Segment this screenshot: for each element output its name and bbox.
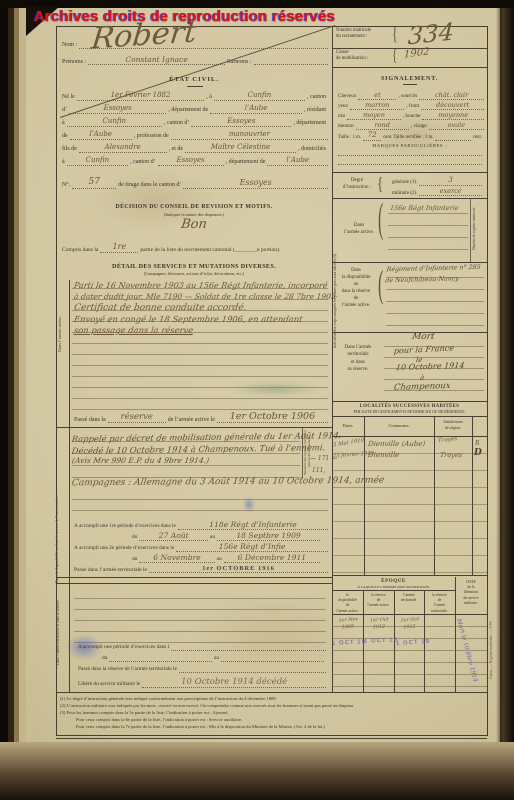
sig-hand: découvert: [421, 102, 484, 110]
blank-line: [338, 164, 482, 165]
section-line: [56, 427, 332, 428]
ec-print: , profession de: [132, 133, 171, 140]
compris-post: partie de la liste du recrutement canton…: [138, 247, 282, 253]
table-line: [332, 575, 487, 576]
decision-title: DÉCISION DU CONSEIL DE REVISION ET MOTIF…: [56, 204, 332, 210]
top-shadow: [0, 0, 514, 8]
name-label: Nom :: [60, 42, 79, 49]
ec-hand: Essoyes: [69, 105, 166, 114]
sig-print: yeux: [336, 104, 350, 110]
reserve-hand: réserve: [108, 413, 166, 423]
decision-value: Bon: [55, 217, 333, 232]
territoriale-row: Passé dans l’armée territoriale le 1er O…: [72, 565, 328, 573]
signalement-row: nez moyen , bouche moyenne: [336, 112, 484, 120]
blank-line: [338, 155, 482, 156]
periode-hand: 27 Août: [139, 532, 208, 541]
signalement-row: menton rond , visage ovale: [336, 122, 484, 130]
footnote: Pour ceux compris dans la 7e partie de l…: [76, 724, 484, 729]
margin-divider: [69, 280, 70, 692]
service-entry: Certificat de bonne conduite accordé.: [73, 303, 247, 313]
firstname-row: Prénoms : Constant Ignace Surnoms :: [60, 56, 328, 65]
periode-print: A accompli une 2e période d’exercices da…: [72, 546, 176, 552]
margin-label-dispo: Dans la disponibilité ou dans la réserve…: [55, 494, 67, 584]
margin-label-active: Dans l’armée active.: [57, 296, 67, 372]
header-line: [332, 67, 487, 68]
table-line: [332, 416, 487, 417]
etat-civil-title: ÉTAT CIVIL.: [56, 76, 332, 83]
ec-print: , résidant: [302, 107, 328, 114]
ec-print: à: [60, 120, 67, 127]
territorial-reserve-row: Passé dans la réserve de l’armée territo…: [76, 667, 326, 673]
tirage-row: N°. 57 de tirage dans le canton d’ Essoy…: [60, 178, 328, 189]
services-subtitle: (Campagnes, blessures, actions d’éclat, …: [56, 271, 332, 276]
ec-line-6: à Cunfin , canton d’ Essoyes , départeme…: [60, 157, 328, 166]
title-rule: [403, 84, 417, 85]
ec-hand: Essoyes: [158, 157, 224, 166]
ec-line-1: Né le 1er Février 1882 , à Cunfin , cant…: [60, 92, 328, 101]
terr-cell-label: Dans l’armée territoriale et dans sa rés…: [338, 344, 378, 373]
register-photo: Archives droits de reproduction réservés…: [0, 0, 514, 800]
taille-print: cent.: [471, 135, 484, 140]
matricule-label: Numéro matricule du recrutement :: [336, 28, 392, 41]
ec-hand: 1er Février 1882: [77, 92, 204, 101]
reserve-print: Passé dans la: [72, 417, 108, 424]
class-label: Classe de mobilisation :: [336, 50, 392, 63]
localite-commune: Dienville: [367, 451, 399, 459]
ec-print: , domiciliés: [296, 146, 328, 153]
sig-print: , sourcils: [396, 94, 419, 100]
localites-header-subdivision: Subdivision de région.: [434, 419, 472, 430]
periode2-dates-row: du 6 Novembre au 6 Décembre 1911: [130, 554, 320, 563]
territorial-print: Passé dans la réserve de l’armée territo…: [76, 667, 179, 673]
service-entry: Envoyé en congé le 18 Septembre 1906, en…: [73, 314, 303, 324]
footnote: Pour ceux compris dans la 6e partie de l…: [76, 717, 484, 722]
brace: {: [392, 23, 398, 47]
service-entry: à dater dudit jour, Mle 7190 — Soldat de…: [73, 292, 336, 301]
date-stamp: 1 OCT 19: [364, 637, 398, 644]
brace: (: [378, 198, 383, 245]
sig-hand: rond: [356, 122, 409, 130]
epoque-value: 1er Nov 1905: [332, 616, 363, 632]
brace: {: [392, 47, 397, 65]
title-rule: [187, 86, 203, 87]
section-line: [332, 172, 487, 173]
mobilisation-entry: (Avis Mre 990 E.P. du 4 9bre 1914.): [71, 456, 209, 465]
marques-label: MARQUES PARTICULIÈRES :: [332, 143, 487, 148]
ec-print: , canton d’: [128, 159, 158, 166]
periode-hand: 6 Novembre: [139, 554, 214, 563]
territoriale-print: Passé dans l’armée territoriale le: [72, 567, 149, 573]
ec-print: , département de: [224, 159, 268, 166]
blank-line: [179, 672, 326, 673]
epoque-value: 1er Oct 1912: [363, 616, 394, 632]
taille-print: Taille : 1 m.: [336, 135, 363, 140]
taille-row: Taille : 1 m. 72 cent. Taille rectifiée …: [336, 132, 484, 141]
firstname-handwritten: Constant Ignace: [88, 56, 225, 65]
compris-pre: Compris dans la: [60, 247, 100, 253]
ec-line-5: fils de Alexandre , et de Maître Célesti…: [60, 144, 328, 153]
sig-hand: moyenne: [422, 112, 484, 120]
signalement-row: Cheveux et , sourcils chât. clair: [336, 92, 484, 100]
signalement-row: yeux marron , front découvert: [336, 102, 484, 110]
service-entry: Parti le 16 Novembre 1903 au 156e Régt I…: [73, 281, 328, 290]
territoriale-stamp: 1er OCTOBRE 1916: [149, 565, 328, 573]
territorial-print: du: [100, 656, 109, 662]
ec-line-2: d’ Essoyes , département de l’Aube , rés…: [60, 105, 328, 114]
section-line: [56, 583, 332, 584]
ec-print: , canton d’: [162, 120, 192, 127]
instruction-generale-row: générale (1). 3: [390, 177, 482, 186]
periode2-row: A accompli une 2e période d’exercices da…: [72, 543, 328, 552]
blank-line: [109, 661, 212, 662]
ec-print: Né le: [60, 94, 77, 101]
blue-pencil-mark: [243, 497, 255, 512]
footnote: (1) Le degré d’instruction générale sera…: [60, 696, 484, 701]
instr-print: militaire (2).: [390, 191, 419, 197]
tirage-text: de tirage dans le canton d’: [116, 182, 183, 189]
periode-print: A accompli une 1re période d’exercices d…: [72, 524, 178, 530]
localite-note: R: [475, 440, 480, 447]
ec-hand: l’Aube: [267, 157, 328, 166]
right-shadow: [496, 0, 514, 800]
active-corps-value: 156e Régt Infanterie: [389, 204, 459, 212]
ec-print: , et de: [167, 146, 186, 153]
tirage-label: N°.: [60, 182, 72, 189]
ec-print: , à: [204, 94, 214, 101]
periode-hand: 18 Septbre 1909: [217, 532, 320, 541]
localites-header-dates: Dates.: [332, 423, 364, 428]
footnote: (2) L’instruction militaire sera indiqué…: [60, 703, 484, 708]
ec-hand: manouvrier: [171, 131, 328, 140]
territorial-print: A accompli une période d’exercices dans …: [76, 645, 171, 651]
sig-print: menton: [336, 124, 356, 130]
brace: (: [378, 265, 383, 308]
form-border-double: [56, 738, 487, 739]
localite-note: D: [474, 448, 482, 458]
liberation-hand: 10 Octobre 1914 décédé: [142, 678, 326, 688]
ec-hand: l’Aube: [70, 131, 132, 140]
printer-imprint: Gauss. — Registre matricule. — 9-89.: [489, 582, 497, 718]
reserve-date: 1er Octobre 1906: [217, 412, 328, 423]
taille-print: cent. Taille rectifiée : 1 m.: [381, 135, 435, 140]
bottom-shadow: [0, 742, 514, 800]
ec-print: à: [60, 159, 67, 166]
faint-mark: [230, 382, 320, 396]
periode-hand: 156e Régt d’Infie: [176, 543, 328, 552]
territorial-dates-row: du au: [100, 656, 324, 662]
signalement-title: SIGNALEMENT.: [332, 75, 487, 82]
nickname-line: [254, 64, 328, 65]
liberation-row: Libéré du service militaire le 10 Octobr…: [76, 678, 326, 688]
ec-hand: l’Aube: [210, 105, 302, 114]
mort-line: Champenoux: [393, 381, 451, 393]
ec-print: , département: [291, 120, 328, 127]
compris-value: 1re: [100, 243, 138, 253]
ec-line-3: à Cunfin , canton d’ Essoyes , départeme…: [60, 118, 328, 127]
periode-print: au: [215, 557, 224, 563]
sig-print: , front: [404, 104, 421, 110]
territorial-print: Libéré du service militaire le: [76, 682, 142, 688]
ec-print: fils de: [60, 146, 79, 153]
epoque-title: ÉPOQUE: [332, 579, 455, 584]
epoque-value: 1er Oct 1912: [394, 616, 424, 632]
ec-print: de: [60, 133, 70, 140]
section-line: [332, 332, 487, 333]
localites-header-communes: Communes.: [364, 423, 434, 428]
ec-print: d’: [60, 107, 69, 114]
epoque-col-header: la disponibilité de l’armée active.: [332, 593, 363, 614]
footnote: (3) Pour les hommes compris dans la 5e p…: [60, 710, 484, 715]
registre-number: 111,: [312, 467, 325, 474]
sig-hand: marron: [350, 102, 404, 110]
empty-ruled-area: [72, 489, 328, 517]
sig-print: Cheveux: [336, 94, 358, 100]
taille-hand: 72: [363, 132, 381, 141]
periode-print: au: [208, 535, 217, 541]
active-cell-label: Dans l’armée active.: [342, 222, 376, 236]
ec-hand: Cunfin: [67, 157, 128, 166]
instruction-militaire-row: militaire (2). exercé: [390, 188, 482, 196]
ec-print: , département de: [166, 107, 210, 114]
epoque-col-header: la réserve de l’armée territoriale.: [424, 593, 455, 614]
book-spine: [0, 0, 26, 800]
reserve-print: de l’armée active le: [166, 417, 217, 424]
margin-label-territoriale: Dans l’armée territoriale et dans sa rés…: [56, 598, 67, 666]
localite-commune: Dienville (Aube): [367, 440, 425, 448]
ec-hand: Cunfin: [67, 118, 162, 127]
sig-hand: moyen: [347, 112, 401, 120]
localite-subdivision: Troyes: [439, 451, 462, 459]
section-line: [56, 692, 487, 693]
section-line: [332, 198, 487, 199]
periode-hand: 118e Régt d’Infanterie: [178, 521, 328, 530]
instr-hand: 3: [419, 177, 482, 186]
tirage-canton: Essoyes: [183, 179, 328, 189]
periode1-dates-row: du 27 Août au 18 Septbre 1909: [130, 532, 320, 541]
dispo-cell-label: Dans la disponibilité ou dans la réserve…: [334, 268, 378, 310]
epoque-subtitle: À LAQUELLE L’HOMME DOIT PASSER DANS: [332, 585, 455, 589]
periode1-row: A accompli une 1re période d’exercices d…: [72, 521, 328, 530]
service-entry: son passage dans la réserve: [73, 325, 194, 335]
periode-print: du: [130, 557, 139, 563]
ec-hand: Essoyes: [191, 118, 291, 127]
sig-print: nez: [336, 114, 347, 120]
territorial-print: au: [212, 656, 221, 662]
epoque-date-header: DATE de la libération du service militai…: [455, 580, 487, 606]
periode-hand: 6 Décembre 1911: [224, 554, 320, 563]
blank-line: [435, 140, 470, 141]
instr-print: générale (1).: [390, 180, 419, 186]
services-title: DÉTAIL DES SERVICES ET MUTATIONS DIVERSE…: [56, 263, 332, 270]
tirage-number: 57: [72, 178, 116, 189]
sig-hand: chât. clair: [419, 92, 484, 100]
reserve-row: Passé dans la réserve de l’armée active …: [72, 412, 328, 423]
firstname-label: Prénoms :: [60, 59, 88, 66]
mort-line: Mort: [411, 332, 435, 342]
territorial-ruled-area: [74, 588, 326, 643]
blank-line: [221, 661, 324, 662]
registre-strip-line: [470, 198, 471, 262]
ec-hand: Cunfin: [214, 92, 305, 101]
brace: {: [377, 173, 383, 195]
ec-print: , canton: [305, 94, 328, 101]
ec-hand: Maître Célestine: [185, 144, 296, 153]
instruction-label: Degré d’instruction :: [338, 177, 376, 191]
dispo-corps-value: Régiment d’Infanterie n° 285 de Neufchât…: [385, 263, 488, 287]
sig-print: , visage: [409, 124, 429, 130]
localites-subtitle: PAR SUITE DE CHANGEMENTS DE DOMICILE OU …: [332, 410, 487, 414]
territorial-exercices-row: A accompli une période d’exercices dans …: [76, 645, 326, 651]
localites-title: LOCALITÉS SUCCESSIVES HABITÉES: [332, 404, 487, 409]
registre-strip-label: Numéro du registre matricule: [472, 200, 484, 258]
sig-hand: ovale: [429, 122, 484, 130]
ec-line-4: de l’Aube , profession de manouvrier: [60, 131, 328, 140]
epoque-col-header: l’armée territoriale.: [394, 593, 424, 603]
section-line: [332, 401, 487, 402]
ec-hand: Alexandre: [79, 144, 167, 153]
sig-print: , bouche: [401, 114, 423, 120]
section-line: [56, 577, 332, 578]
blank-line: [171, 650, 326, 651]
sig-hand: et: [358, 92, 396, 100]
periode-print: du: [130, 535, 139, 541]
matricule-number: 334: [407, 18, 454, 51]
compris-row: Compris dans la 1re partie de la liste d…: [60, 243, 328, 253]
epoque-col-header: la réserve de l’armée active.: [363, 593, 394, 609]
instr-hand: exercé: [419, 188, 482, 196]
